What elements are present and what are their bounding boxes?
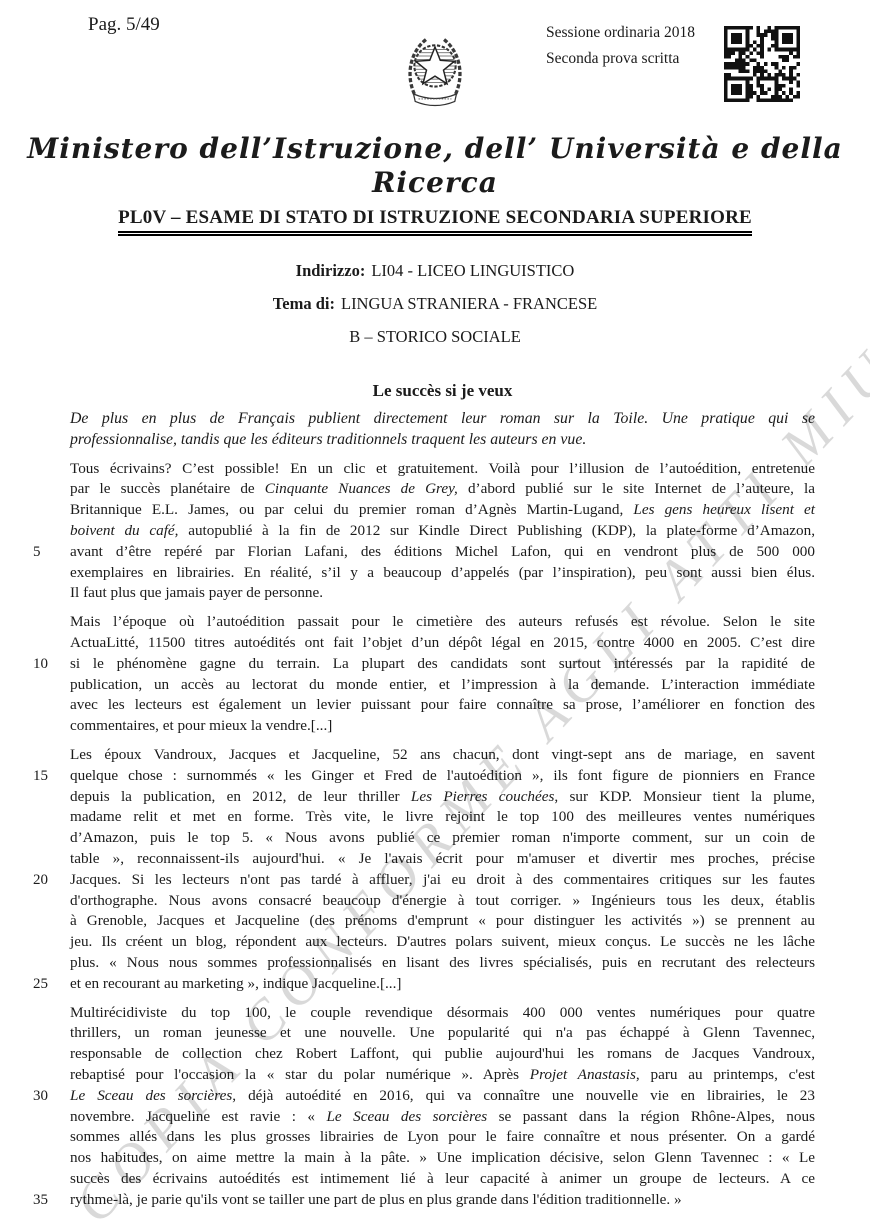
text-line: commentaires, et pour mieux la vendre.[.…: [70, 716, 815, 737]
text-line: Multirécidiviste du top 100, le couple r…: [70, 1003, 815, 1024]
text-line: De plus en plus de Français publient dir…: [70, 409, 815, 430]
tema-value: LINGUA STRANIERA - FRANCESE: [341, 294, 597, 313]
session-line-1: Sessione ordinaria 2018: [546, 20, 695, 46]
line-number: 30: [33, 1086, 61, 1107]
text-line: quelque chose : surnommés « les Ginger e…: [70, 766, 815, 787]
text-line: Tous écrivains? C’est possible! En un cl…: [70, 459, 815, 480]
tema-line: Tema di:LINGUA STRANIERA - FRANCESE: [0, 294, 870, 314]
text-line: boivent du café, autopublié à la fin de …: [70, 521, 815, 542]
page-header: Pag. 5/49: [0, 0, 870, 130]
article-paragraph: Mais l’époque où l’autoédition passait p…: [70, 612, 815, 737]
text-line: sommes allés dans les plus grosses libra…: [70, 1127, 815, 1148]
text-line: nos habitudes, on aime mettre la main à …: [70, 1148, 815, 1169]
text-line: par le succès planétaire de Cinquante Nu…: [70, 479, 815, 500]
text-line: Jacques. Si les lecteurs n'ont pas tardé…: [70, 870, 815, 891]
text-line: responsable de collection chez Robert La…: [70, 1044, 815, 1065]
tema-label: Tema di:: [273, 294, 335, 313]
text-line: avant d’être repéré par Florian Lafani, …: [70, 542, 815, 563]
text-line: Mais l’époque où l’autoédition passait p…: [70, 612, 815, 633]
article-paragraph: Multirécidiviste du top 100, le couple r…: [70, 1003, 815, 1211]
text-line: Les époux Vandroux, Jacques et Jacquelin…: [70, 745, 815, 766]
indirizzo-line: Indirizzo:LI04 - LICEO LINGUISTICO: [0, 261, 870, 281]
text-line: publication, un accès au lectorat du mon…: [70, 675, 815, 696]
text-line: rebaptisé pour l'occasion la « star du p…: [70, 1065, 815, 1086]
article-paragraph: Tous écrivains? C’est possible! En un cl…: [70, 459, 815, 605]
line-number: 15: [33, 766, 61, 787]
line-number: 35: [33, 1190, 61, 1211]
text-line: d'orthographe. Nous avons consacré beauc…: [70, 891, 815, 912]
line-number: 10: [33, 654, 61, 675]
session-line-2: Seconda prova scritta: [546, 46, 695, 72]
document-page: COPIA CONFORME AGLI ATTI MIUR Pag. 5/49: [0, 0, 870, 1230]
text-line: depuis la publication, en 2012, de leur …: [70, 787, 815, 808]
text-line: avec les lecteurs est également un levie…: [70, 695, 815, 716]
text-line: novembre. Jacqueline est ravie : « Le Sc…: [70, 1107, 815, 1128]
page-number: Pag. 5/49: [88, 14, 160, 36]
qr-code: [724, 26, 800, 102]
article-paragraph: Les époux Vandroux, Jacques et Jacquelin…: [70, 745, 815, 995]
session-info: Sessione ordinaria 2018 Seconda prova sc…: [546, 20, 695, 72]
text-line: jeu. Ils créent un blog, répondent aux l…: [70, 932, 815, 953]
text-line: exemplaires en librairies. En réalité, s…: [70, 563, 815, 584]
article-body: De plus en plus de Français publient dir…: [70, 409, 815, 1210]
text-line: thrillers, un roman jeunesse et une nouv…: [70, 1023, 815, 1044]
text-line: si le phénomène gagne du terrain. La plu…: [70, 654, 815, 675]
text-line: à Grenoble, Jacques et Jacqueline (des p…: [70, 911, 815, 932]
text-line: Britannique E.L. James, ou par celui du …: [70, 500, 815, 521]
text-line: madame relit et met en forme. Très vite,…: [70, 807, 815, 828]
text-line: d’Amazon, puis le top 5. « Nous avons pu…: [70, 828, 815, 849]
article-paragraph: De plus en plus de Français publient dir…: [70, 409, 815, 451]
italy-republic-emblem-icon: [402, 28, 468, 124]
text-line: rythme-là, je parie qu'ils vont se taill…: [70, 1190, 815, 1211]
text-line: et en recourant au marketing », indique …: [70, 974, 815, 995]
text-line: Le Sceau des sorcières, déjà autoédité e…: [70, 1086, 815, 1107]
line-number: 25: [33, 974, 61, 995]
exam-title: PL0V – ESAME DI STATO DI ISTRUZIONE SECO…: [118, 206, 752, 233]
text-line: plus. « Nous nous sommes professionnalis…: [70, 953, 815, 974]
text-line: table », reconnaissent-ils aujourd'hui. …: [70, 849, 815, 870]
article-title: Le succès si je veux: [70, 380, 815, 401]
text-line: Il faut plus que jamais payer de personn…: [70, 583, 815, 604]
ministry-title: Ministero dell’Istruzione, dell’ Univers…: [0, 132, 870, 200]
text-line: ActuaLitté, 11500 titres autoédités ont …: [70, 633, 815, 654]
section-line: B – STORICO SOCIALE: [0, 327, 870, 347]
indirizzo-label: Indirizzo:: [296, 261, 366, 280]
line-number: 20: [33, 870, 61, 891]
article: Le succès si je veux De plus en plus de …: [70, 380, 815, 1210]
line-number: 5: [33, 542, 61, 563]
indirizzo-value: LI04 - LICEO LINGUISTICO: [371, 261, 574, 280]
text-line: succès des écrivains autoédités est inti…: [70, 1169, 815, 1190]
text-line: professionnalise, tandis que les éditeur…: [70, 430, 815, 451]
